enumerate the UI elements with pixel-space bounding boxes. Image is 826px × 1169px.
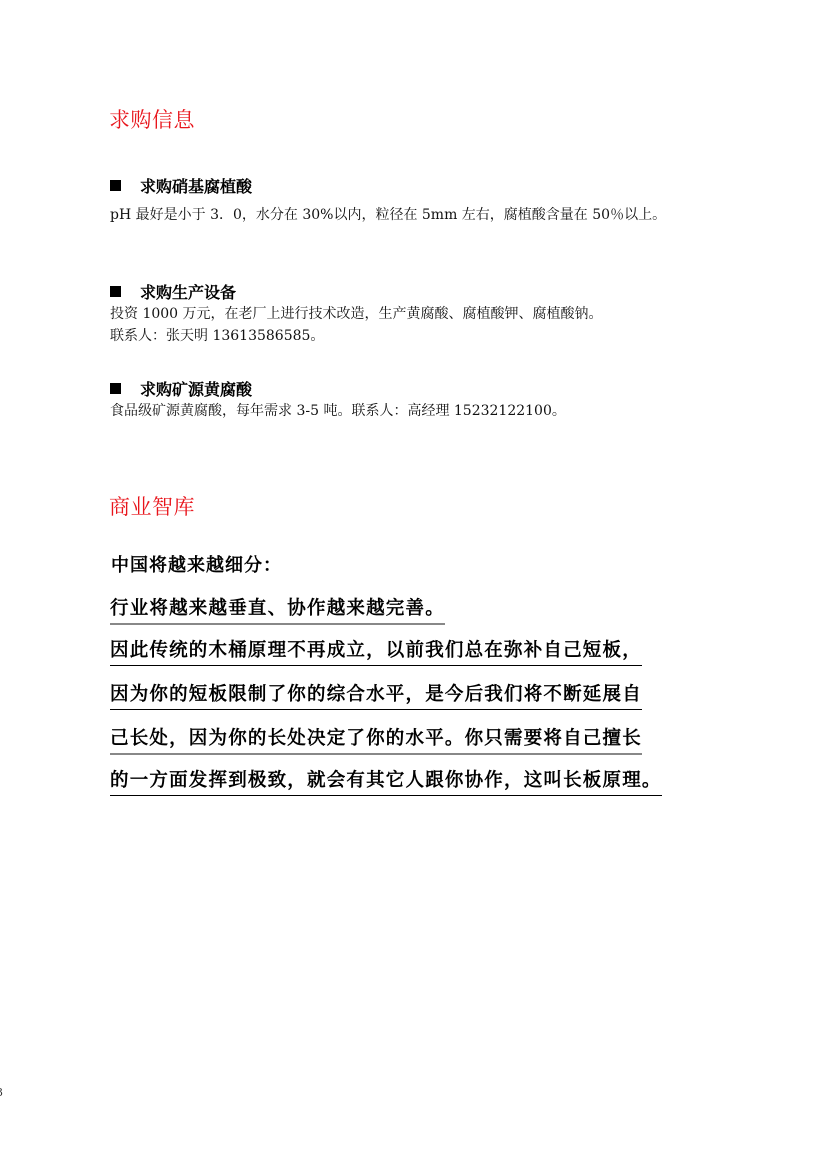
section-title-purchase: 求购信息 bbox=[109, 104, 195, 134]
square-bullet-icon bbox=[110, 286, 121, 297]
think-tank-line: 己长处，因为你的长处决定了你的水平。你只需要将自己擅长 bbox=[110, 724, 642, 755]
purchase-item-heading: 求购硝基腐植酸 bbox=[110, 174, 252, 197]
think-tank-line: 的一方面发挥到极致，就会有其它人跟你协作，这叫长板原理。 bbox=[110, 766, 662, 796]
purchase-item-body: pH 最好是小于 3．0，水分在 30%以内，粒径在 5mm 左右，腐植酸含量在… bbox=[110, 204, 666, 226]
think-tank-subtitle: 中国将越来越细分： bbox=[111, 551, 282, 577]
document-page: 求购信息 求购硝基腐植酸 pH 最好是小于 3．0，水分在 30%以内，粒径在 … bbox=[0, 0, 826, 1169]
purchase-item-title: 求购矿源黄腐酸 bbox=[140, 377, 252, 400]
purchase-item-line: 投资 1000 万元，在老厂上进行技术改造，生产黄腐酸、腐植酸钾、腐植酸钠。 bbox=[110, 303, 603, 325]
purchase-item-title: 求购生产设备 bbox=[140, 280, 236, 303]
purchase-item-title: 求购硝基腐植酸 bbox=[140, 174, 252, 197]
purchase-item-heading: 求购矿源黄腐酸 bbox=[110, 377, 252, 400]
purchase-item-body: 食品级矿源黄腐酸，每年需求 3-5 吨。联系人：高经理 15232122100。 bbox=[110, 400, 566, 422]
purchase-item-line: pH 最好是小于 3．0，水分在 30%以内，粒径在 5mm 左右，腐植酸含量在… bbox=[110, 204, 666, 226]
think-tank-line: 因为你的短板限制了你的综合水平，是今后我们将不断延展自 bbox=[110, 680, 642, 710]
square-bullet-icon bbox=[110, 383, 121, 394]
section-title-think-tank: 商业智库 bbox=[109, 491, 195, 521]
purchase-item-heading: 求购生产设备 bbox=[110, 280, 236, 303]
think-tank-line: 因此传统的木桶原理不再成立，以前我们总在弥补自己短板， bbox=[110, 636, 642, 666]
think-tank-line: 行业将越来越垂直、协作越来越完善。 bbox=[110, 594, 445, 625]
square-bullet-icon bbox=[110, 180, 121, 191]
purchase-item-line: 食品级矿源黄腐酸，每年需求 3-5 吨。联系人：高经理 15232122100。 bbox=[110, 400, 566, 422]
purchase-item-line: 联系人：张天明 13613586585。 bbox=[110, 325, 603, 347]
purchase-item-body: 投资 1000 万元，在老厂上进行技术改造，生产黄腐酸、腐植酸钾、腐植酸钠。 联… bbox=[110, 303, 603, 347]
page-number: 3 bbox=[0, 1086, 3, 1099]
